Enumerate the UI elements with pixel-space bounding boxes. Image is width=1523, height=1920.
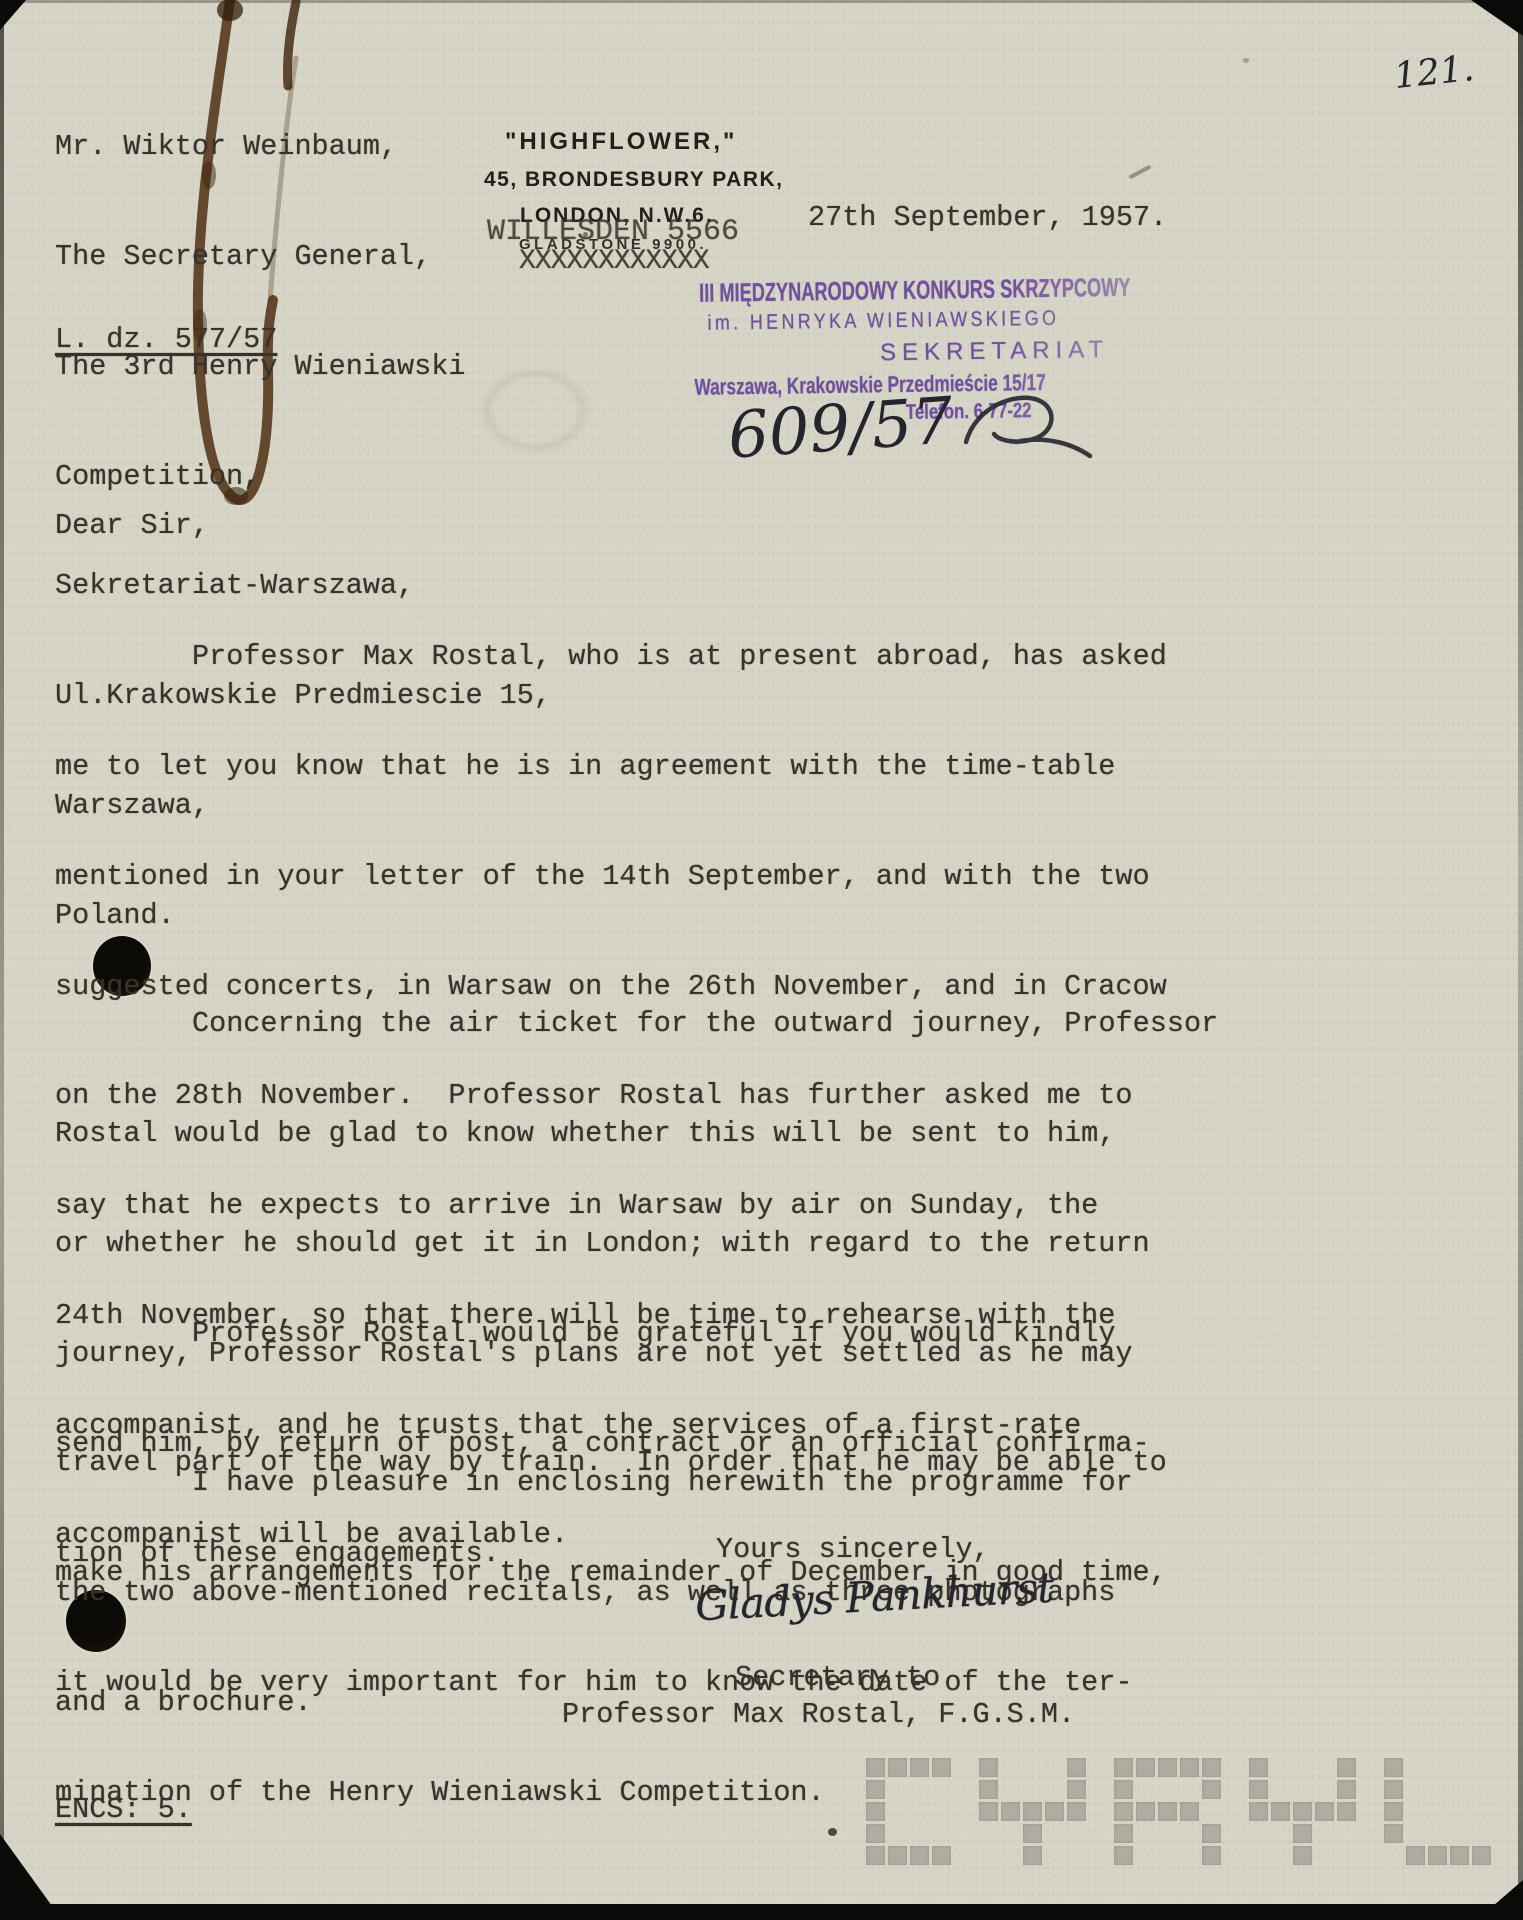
watermark-pixel (910, 1780, 929, 1799)
watermark-pixel (1136, 1846, 1155, 1865)
watermark-pixel (1114, 1824, 1133, 1843)
watermark-pixel (1023, 1824, 1042, 1843)
watermark-pixel (1384, 1780, 1403, 1799)
watermark-pixel (888, 1802, 907, 1821)
watermark-pixel (1023, 1780, 1042, 1799)
watermark-pixel (1136, 1780, 1155, 1799)
watermark-pixel (1045, 1758, 1064, 1777)
recipient-line: The Secretary General, (55, 239, 551, 276)
watermark-pixel (1293, 1780, 1312, 1799)
stamp-line-competition: III MIĘDZYNARODOWY KONKURS SKRZYPCOWY (699, 272, 1131, 309)
watermark-pixel (1293, 1824, 1312, 1843)
watermark-pixel (1428, 1802, 1447, 1821)
watermark-pixel (1428, 1758, 1447, 1777)
watermark-pixel (1023, 1802, 1042, 1821)
handwritten-paraph-icon (958, 390, 1098, 475)
watermark-pixel (1158, 1846, 1177, 1865)
watermark-pixel (1001, 1780, 1020, 1799)
watermark-pixel (932, 1824, 951, 1843)
watermark-pixel (1315, 1758, 1334, 1777)
watermark-pixel (888, 1824, 907, 1843)
watermark-pixel (910, 1824, 929, 1843)
body-line: mentioned in your letter of the 14th Sep… (55, 859, 1167, 896)
watermark-letter (979, 1758, 1086, 1865)
watermark-pixel (1136, 1824, 1155, 1843)
watermark-pixel (979, 1846, 998, 1865)
watermark-letter (1249, 1758, 1356, 1865)
recipient-line: Mr. Wiktor Weinbaum, (55, 129, 551, 166)
watermark-pixel (1249, 1780, 1268, 1799)
watermark-pixel (1067, 1758, 1086, 1777)
watermark-pixel (932, 1780, 951, 1799)
watermark-pixel (1384, 1824, 1403, 1843)
watermark-pixel (1406, 1780, 1425, 1799)
typed-strikeout-xs: XXXXXXXXXXXX (519, 244, 709, 281)
watermark-pixel (1180, 1802, 1199, 1821)
valediction: Yours sincerely, (716, 1532, 990, 1569)
signature-title-line2: Professor Max Rostal, F.G.S.M. (562, 1697, 1075, 1734)
scan-corner-bottom-left (0, 1834, 52, 1906)
stamp-line-sekretariat: SEKRETARIAT (880, 336, 1110, 367)
watermark-pixel (979, 1780, 998, 1799)
watermark-pixel (979, 1824, 998, 1843)
watermark-pixel (1472, 1846, 1491, 1865)
watermark-pixel (1045, 1846, 1064, 1865)
scanned-letter-page: 121. Mr. Wiktor Weinbaum, The Secretary … (0, 0, 1523, 1920)
paper-speck (828, 1828, 837, 1836)
watermark-pixel (1136, 1758, 1155, 1777)
pencil-mark (1128, 165, 1151, 180)
watermark-pixel (1114, 1846, 1133, 1865)
watermark-pixel (1001, 1846, 1020, 1865)
paper-speck (1243, 58, 1249, 63)
watermark-pixel (1428, 1824, 1447, 1843)
enclosures-note: ENCS: 5. (55, 1792, 192, 1829)
watermark-pixel (1315, 1846, 1334, 1865)
watermark-pixel (1114, 1758, 1133, 1777)
watermark-pixel (1249, 1824, 1268, 1843)
watermark-pixel (1293, 1758, 1312, 1777)
watermark-pixel (1406, 1802, 1425, 1821)
watermark-pixel (1293, 1802, 1312, 1821)
watermark-pixel (1180, 1846, 1199, 1865)
watermark-pixel (1180, 1758, 1199, 1777)
watermark-pixel (1315, 1824, 1334, 1843)
paper-speck (583, 232, 588, 237)
handwritten-received-number: 609/57 (726, 384, 956, 474)
watermark-pixel (866, 1758, 885, 1777)
salutation: Dear Sir, (55, 508, 209, 545)
watermark-pixel (1406, 1846, 1425, 1865)
watermark-pixel (1271, 1824, 1290, 1843)
watermark-pixel (1337, 1824, 1356, 1843)
watermark-pixel (1045, 1802, 1064, 1821)
watermark-pixel (1450, 1780, 1469, 1799)
signature-title-line1: Secretary to (735, 1660, 940, 1697)
body-line: Concerning the air ticket for the outwar… (55, 1006, 1218, 1043)
watermark-pixel (1384, 1758, 1403, 1777)
watermark-pixel (1202, 1758, 1221, 1777)
watermark-pixel (932, 1846, 951, 1865)
body-line: me to let you know that he is in agreeme… (55, 749, 1167, 786)
watermark-pixel (1202, 1846, 1221, 1865)
watermark-pixel (1450, 1758, 1469, 1777)
watermark-pixel (888, 1758, 907, 1777)
scan-edge-bottom (0, 1904, 1523, 1920)
watermark-pixel (1450, 1824, 1469, 1843)
watermark-pixel (910, 1758, 929, 1777)
watermark-pixel (1249, 1758, 1268, 1777)
watermark-pixel (1271, 1846, 1290, 1865)
watermark-pixel (888, 1846, 907, 1865)
watermark-pixel (1293, 1846, 1312, 1865)
stamp-line-patron: im. HENRYKA WIENIAWSKIEGO (707, 307, 1059, 336)
watermark-pixel (1450, 1802, 1469, 1821)
watermark-pixel (932, 1802, 951, 1821)
watermark-pixel (1023, 1758, 1042, 1777)
watermark-pixel (1001, 1802, 1020, 1821)
watermark-pixel (1202, 1780, 1221, 1799)
watermark-pixel (1249, 1802, 1268, 1821)
watermark-pixel (888, 1780, 907, 1799)
watermark-pixel (932, 1758, 951, 1777)
watermark-pixel (1067, 1846, 1086, 1865)
watermark-pixel (1202, 1824, 1221, 1843)
body-line: Rostal would be glad to know whether thi… (55, 1116, 1218, 1153)
watermark-letter (1114, 1758, 1221, 1865)
watermark-pixel (1337, 1846, 1356, 1865)
watermark-pixel (1023, 1846, 1042, 1865)
watermark-pixel (1158, 1758, 1177, 1777)
watermark-pixel (1472, 1780, 1491, 1799)
scan-edge-right (1518, 0, 1523, 1920)
watermark-pixel (1271, 1802, 1290, 1821)
watermark-pixel (1158, 1780, 1177, 1799)
watermark-pixel (1450, 1846, 1469, 1865)
body-line: Professor Max Rostal, who is at present … (55, 639, 1167, 676)
watermark-pixel (1001, 1824, 1020, 1843)
watermark-pixel (1315, 1780, 1334, 1799)
watermark-pixel (1249, 1846, 1268, 1865)
watermark-pixel (866, 1846, 885, 1865)
watermark-pixel (979, 1802, 998, 1821)
watermark-pixel (1180, 1780, 1199, 1799)
watermark-pixel (1180, 1824, 1199, 1843)
watermark-pixel (1406, 1824, 1425, 1843)
watermark-pixel (1045, 1780, 1064, 1799)
scan-corner-top-right (1471, 0, 1523, 36)
watermark-pixel (910, 1846, 929, 1865)
watermark-pixel (1001, 1758, 1020, 1777)
watermark-pixel (866, 1824, 885, 1843)
watermark-pixel (1067, 1802, 1086, 1821)
watermark-pixel (1067, 1824, 1086, 1843)
watermark-letter (1384, 1758, 1491, 1865)
watermark-pixel (1045, 1824, 1064, 1843)
watermark-pixel (1114, 1780, 1133, 1799)
watermark-pixel (1384, 1846, 1403, 1865)
watermark-pixel (1406, 1758, 1425, 1777)
watermark-pixel (1472, 1824, 1491, 1843)
handwritten-page-number: 121. (1392, 48, 1476, 97)
watermark-pixel (866, 1780, 885, 1799)
watermark-pixel (1472, 1758, 1491, 1777)
watermark-pixel (1337, 1780, 1356, 1799)
letterhead-address-line1: 45, BRONDESBURY PARK, (484, 168, 784, 192)
recipient-line: Competition, (55, 459, 551, 496)
watermark-pixel (1472, 1802, 1491, 1821)
letter-date: 27th September, 1957. (808, 200, 1167, 237)
reference-number: L. dz. 577/57 (55, 322, 277, 359)
watermark-pixel (1114, 1802, 1133, 1821)
scan-edge-left (0, 0, 4, 1920)
archive-watermark (866, 1758, 1491, 1865)
watermark-pixel (910, 1802, 929, 1821)
watermark-pixel (1158, 1802, 1177, 1821)
watermark-letter (866, 1758, 951, 1865)
watermark-pixel (1337, 1758, 1356, 1777)
watermark-pixel (1067, 1780, 1086, 1799)
watermark-pixel (1428, 1846, 1447, 1865)
watermark-pixel (1271, 1780, 1290, 1799)
watermark-pixel (1271, 1758, 1290, 1777)
body-line: Professor Rostal would be grateful if yo… (55, 1316, 1150, 1353)
watermark-pixel (979, 1758, 998, 1777)
watermark-pixel (1337, 1802, 1356, 1821)
watermark-pixel (866, 1802, 885, 1821)
watermark-pixel (1136, 1802, 1155, 1821)
watermark-pixel (1158, 1824, 1177, 1843)
watermark-pixel (1202, 1802, 1221, 1821)
watermark-pixel (1384, 1802, 1403, 1821)
letterhead-house-name: "HIGHFLOWER," (505, 128, 737, 156)
watermark-pixel (1315, 1802, 1334, 1821)
watermark-pixel (1428, 1780, 1447, 1799)
body-line: I have pleasure in enclosing herewith th… (55, 1465, 1133, 1502)
